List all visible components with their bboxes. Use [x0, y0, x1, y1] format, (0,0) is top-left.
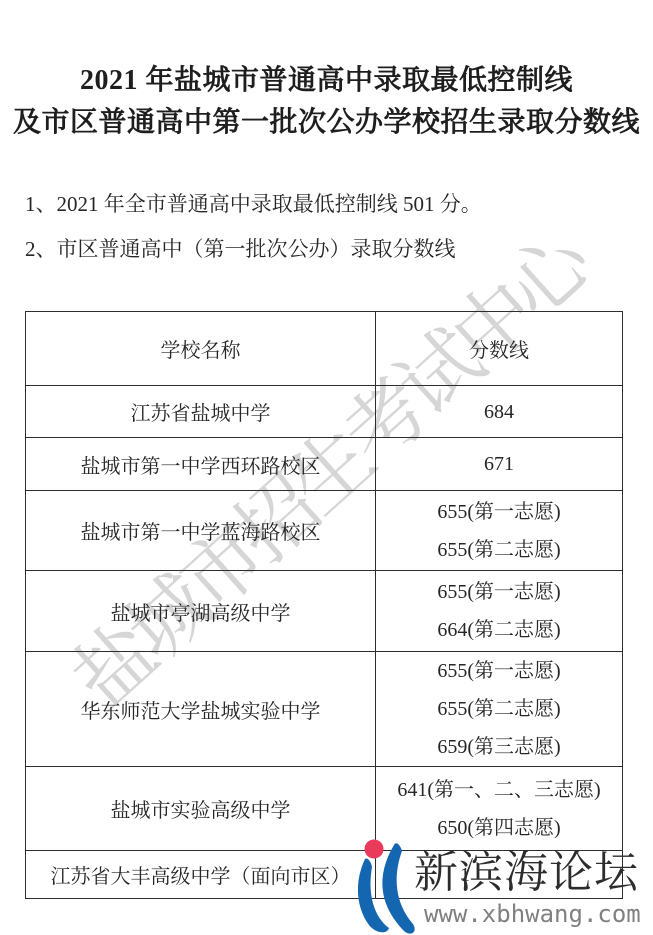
score-line: 659(第三志愿): [376, 728, 622, 766]
school-name-cell: 江苏省大丰高级中学（面向市区）: [26, 851, 376, 899]
school-name-cell: 盐城市实验高级中学: [26, 767, 376, 851]
school-name-cell: 江苏省盐城中学: [26, 386, 376, 438]
document-title: 2021 年盐城市普通高中录取最低控制线 及市区普通高中第一批次公办学校招生录取…: [0, 60, 653, 144]
table-row: 华东师范大学盐城实验中学 655(第一志愿)655(第二志愿)659(第三志愿): [26, 652, 623, 767]
school-name-cell: 盐城市第一中学西环路校区: [26, 438, 376, 491]
score-cell: 655(第一志愿)664(第二志愿): [376, 571, 623, 652]
table-row: 盐城市亭湖高级中学 655(第一志愿)664(第二志愿): [26, 571, 623, 652]
forum-logo-title: 新滨海论坛: [414, 850, 639, 896]
school-name-cell: 盐城市第一中学蓝海路校区: [26, 491, 376, 571]
table-row: 盐城市第一中学西环路校区 671: [26, 438, 623, 491]
logo-red-dot-icon: [365, 840, 384, 859]
score-line: 655(第二志愿): [376, 690, 622, 728]
forum-logo-url: www.xbhwang.com: [424, 900, 641, 928]
forum-logo: 新滨海论坛 www.xbhwang.com: [352, 836, 652, 935]
paragraph-min-control-line: 1、2021 年全市普通高中录取最低控制线 501 分。: [25, 190, 482, 218]
score-cell: 655(第一志愿)655(第二志愿)659(第三志愿): [376, 652, 623, 767]
logo-right-crescent-icon: [382, 843, 414, 933]
score-cell: 671: [376, 438, 623, 491]
score-line: 684: [376, 393, 622, 431]
paragraph-district-cutoff: 2、市区普通高中（第一批次公办）录取分数线: [25, 235, 456, 263]
header-school-name: 学校名称: [26, 312, 376, 386]
title-line-1: 2021 年盐城市普通高中录取最低控制线: [0, 60, 653, 102]
document-page: 盐城市招生考试中心 2021 年盐城市普通高中录取最低控制线 及市区普通高中第一…: [0, 0, 653, 935]
score-line: 655(第一志愿): [376, 493, 622, 531]
score-line: 655(第一志愿): [376, 573, 622, 611]
school-name-cell: 华东师范大学盐城实验中学: [26, 652, 376, 767]
score-cell: 684: [376, 386, 623, 438]
score-table: 学校名称 分数线 江苏省盐城中学 684 盐城市第一中学西环路校区 671 盐城…: [25, 311, 623, 899]
table-row: 江苏省盐城中学 684: [26, 386, 623, 438]
score-cell: 655(第一志愿)655(第二志愿): [376, 491, 623, 571]
score-line: 641(第一、二、三志愿): [376, 771, 622, 809]
score-line: 664(第二志愿): [376, 611, 622, 649]
score-line: 655(第二志愿): [376, 531, 622, 569]
table-row: 盐城市第一中学蓝海路校区 655(第一志愿)655(第二志愿): [26, 491, 623, 571]
school-name-cell: 盐城市亭湖高级中学: [26, 571, 376, 652]
title-line-2: 及市区普通高中第一批次公办学校招生录取分数线: [0, 102, 653, 144]
score-line: 655(第一志愿): [376, 652, 622, 690]
score-line: 671: [376, 445, 622, 483]
table-header-row: 学校名称 分数线: [26, 312, 623, 386]
header-score-line: 分数线: [376, 312, 623, 386]
